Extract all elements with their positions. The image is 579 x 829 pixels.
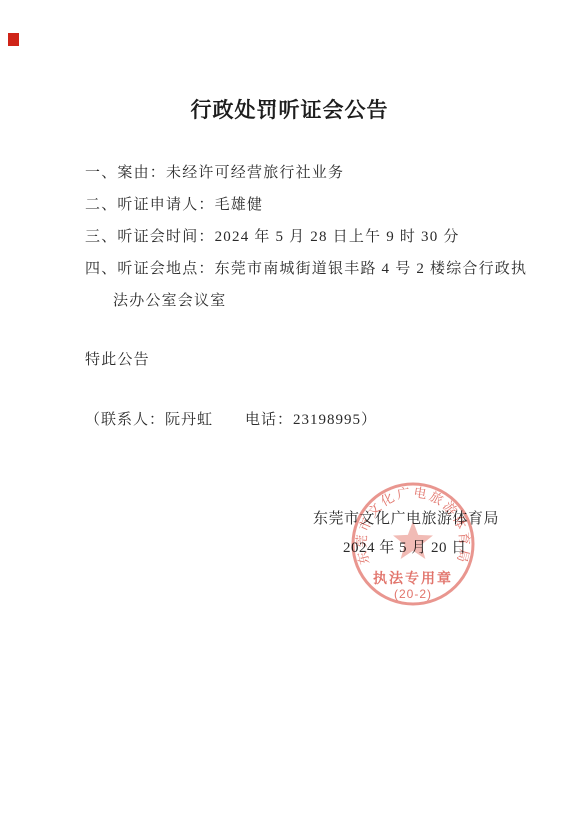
hearing-applicant-line: 二、听证申请人：毛雄健 bbox=[85, 189, 530, 221]
hearing-place-line-continued: 法办公室会议室 bbox=[85, 285, 530, 317]
announcement-document: { "document": { "title": "行政处罚听证会公告", "l… bbox=[0, 0, 579, 829]
hearing-place-line: 四、听证会地点：东莞市南城街道银丰路 4 号 2 楼综合行政执 bbox=[85, 253, 530, 285]
closing-statement: 特此公告 bbox=[85, 344, 530, 376]
seal-number-text: (20-2) bbox=[394, 587, 432, 601]
hearing-time-line: 三、听证会时间：2024 年 5 月 28 日上午 9 时 30 分 bbox=[85, 221, 530, 253]
seal-label-text: 执法专用章 bbox=[373, 570, 453, 586]
issue-date: 2024 年 5 月 20 日 bbox=[343, 536, 467, 557]
document-body: 一、案由：未经许可经营旅行社业务 二、听证申请人：毛雄健 三、听证会时间：202… bbox=[85, 157, 530, 436]
contact-info-line: （联系人：阮丹虹 电话：23198995） bbox=[85, 404, 530, 436]
case-reason-line: 一、案由：未经许可经营旅行社业务 bbox=[85, 157, 530, 189]
red-corner-mark bbox=[8, 33, 19, 46]
issuer-name: 东莞市文化广电旅游体育局 bbox=[313, 507, 499, 528]
document-title: 行政处罚听证会公告 bbox=[0, 94, 579, 124]
